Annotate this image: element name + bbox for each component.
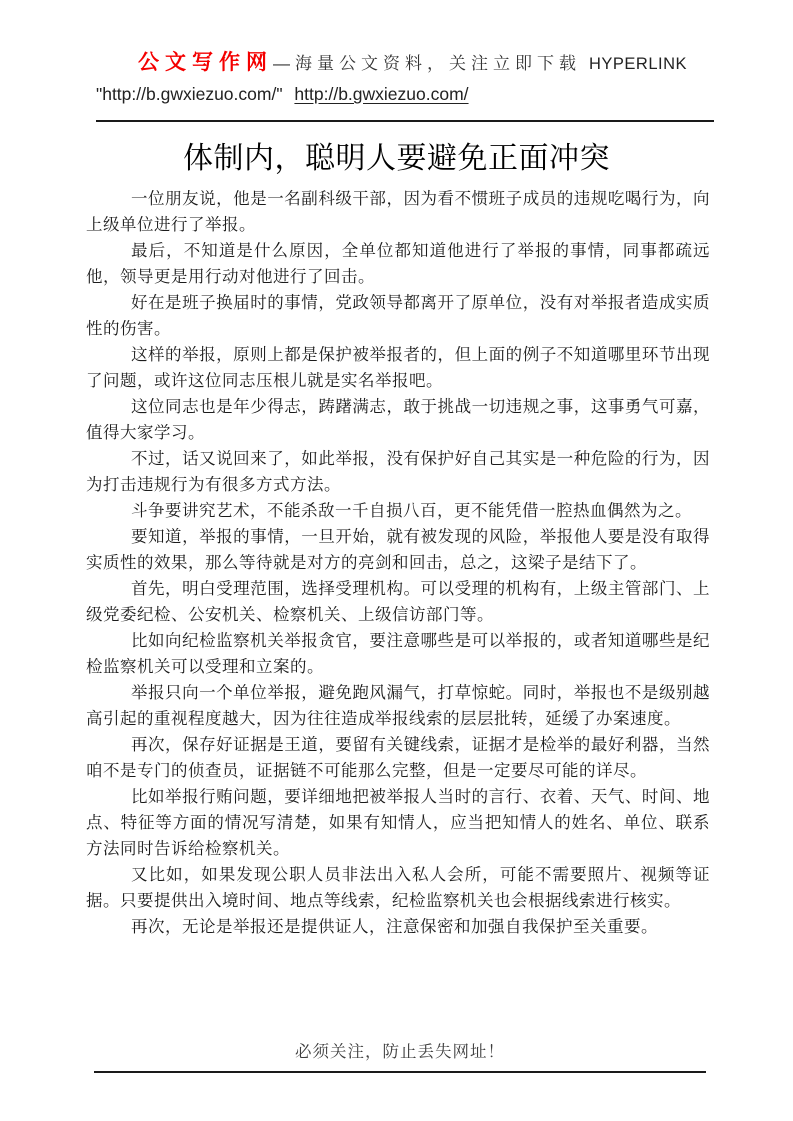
page-footer: 必须关注，防止丢失网址！ xyxy=(94,1040,706,1073)
header-tagline: —海量公文资料，关注立即下载 xyxy=(273,49,581,74)
article-paragraph: 比如向纪检监察机关举报贪官，要注意哪些是可以举报的，或者知道哪些是纪检监察机关可… xyxy=(86,628,710,680)
article-paragraph: 斗争要讲究艺术，不能杀敌一千自损八百，更不能凭借一腔热血偶然为之。 xyxy=(86,498,710,524)
article-paragraph: 不过，话又说回来了，如此举报，没有保护好自己其实是一种危险的行为，因为打击违规行… xyxy=(86,446,710,498)
article-paragraph: 这位同志也是年少得志，踌躇满志，敢于挑战一切违规之事，这事勇气可嘉，值得大家学习… xyxy=(86,394,710,446)
article-paragraph: 一位朋友说，他是一名副科级干部，因为看不惯班子成员的违规吃喝行为，向上级单位进行… xyxy=(86,186,710,238)
article-paragraph: 这样的举报，原则上都是保护被举报者的，但上面的例子不知道哪里环节出现了问题，或许… xyxy=(86,342,710,394)
article-body: 一位朋友说，他是一名副科级干部，因为看不惯班子成员的违规吃喝行为，向上级单位进行… xyxy=(86,186,710,940)
site-url-link[interactable]: http://b.gwxiezuo.com/ xyxy=(294,84,468,104)
article-paragraph: 比如举报行贿问题，要详细地把被举报人当时的言行、衣着、天气、时间、地点、特征等方… xyxy=(86,784,710,862)
page-header: 公文写作网 —海量公文资料，关注立即下载 HYPERLINK "http://b… xyxy=(96,46,714,122)
article-paragraph: 要知道，举报的事情，一旦开始，就有被发现的风险，举报他人要是没有取得实质性的效果… xyxy=(86,524,710,576)
article-paragraph: 再次，保存好证据是王道，要留有关键线索，证据才是检举的最好利器，当然咱不是专门的… xyxy=(86,732,710,784)
site-url-quoted: "http://b.gwxiezuo.com/" xyxy=(96,84,283,104)
hyperlink-field-label: HYPERLINK xyxy=(589,55,687,74)
article-paragraph: 最后，不知道是什么原因，全单位都知道他进行了举报的事情，同事都疏远他，领导更是用… xyxy=(86,238,710,290)
header-brand-line: 公文写作网 —海量公文资料，关注立即下载 HYPERLINK xyxy=(138,46,714,74)
header-url-line: "http://b.gwxiezuo.com/" http://b.gwxiez… xyxy=(96,84,714,108)
article-paragraph: 好在是班子换届时的事情，党政领导都离开了原单位，没有对举报者造成实质性的伤害。 xyxy=(86,290,710,342)
brand-logo-text: 公文写作网 xyxy=(138,46,273,76)
page-title: 体制内，聪明人要避免正面冲突 xyxy=(0,138,793,180)
article-paragraph: 举报只向一个单位举报，避免跑风漏气，打草惊蛇。同时，举报也不是级别越高引起的重视… xyxy=(86,680,710,732)
footer-notice: 必须关注，防止丢失网址！ xyxy=(94,1040,706,1064)
document-page: 公文写作网 —海量公文资料，关注立即下载 HYPERLINK "http://b… xyxy=(0,0,793,1121)
article-paragraph: 再次，无论是举报还是提供证人，注意保密和加强自我保护至关重要。 xyxy=(86,914,710,940)
article-paragraph: 又比如，如果发现公职人员非法出入私人会所，可能不需要照片、视频等证据。只要提供出… xyxy=(86,862,710,914)
article-paragraph: 首先，明白受理范围，选择受理机构。可以受理的机构有，上级主管部门、上级党委纪检、… xyxy=(86,576,710,628)
